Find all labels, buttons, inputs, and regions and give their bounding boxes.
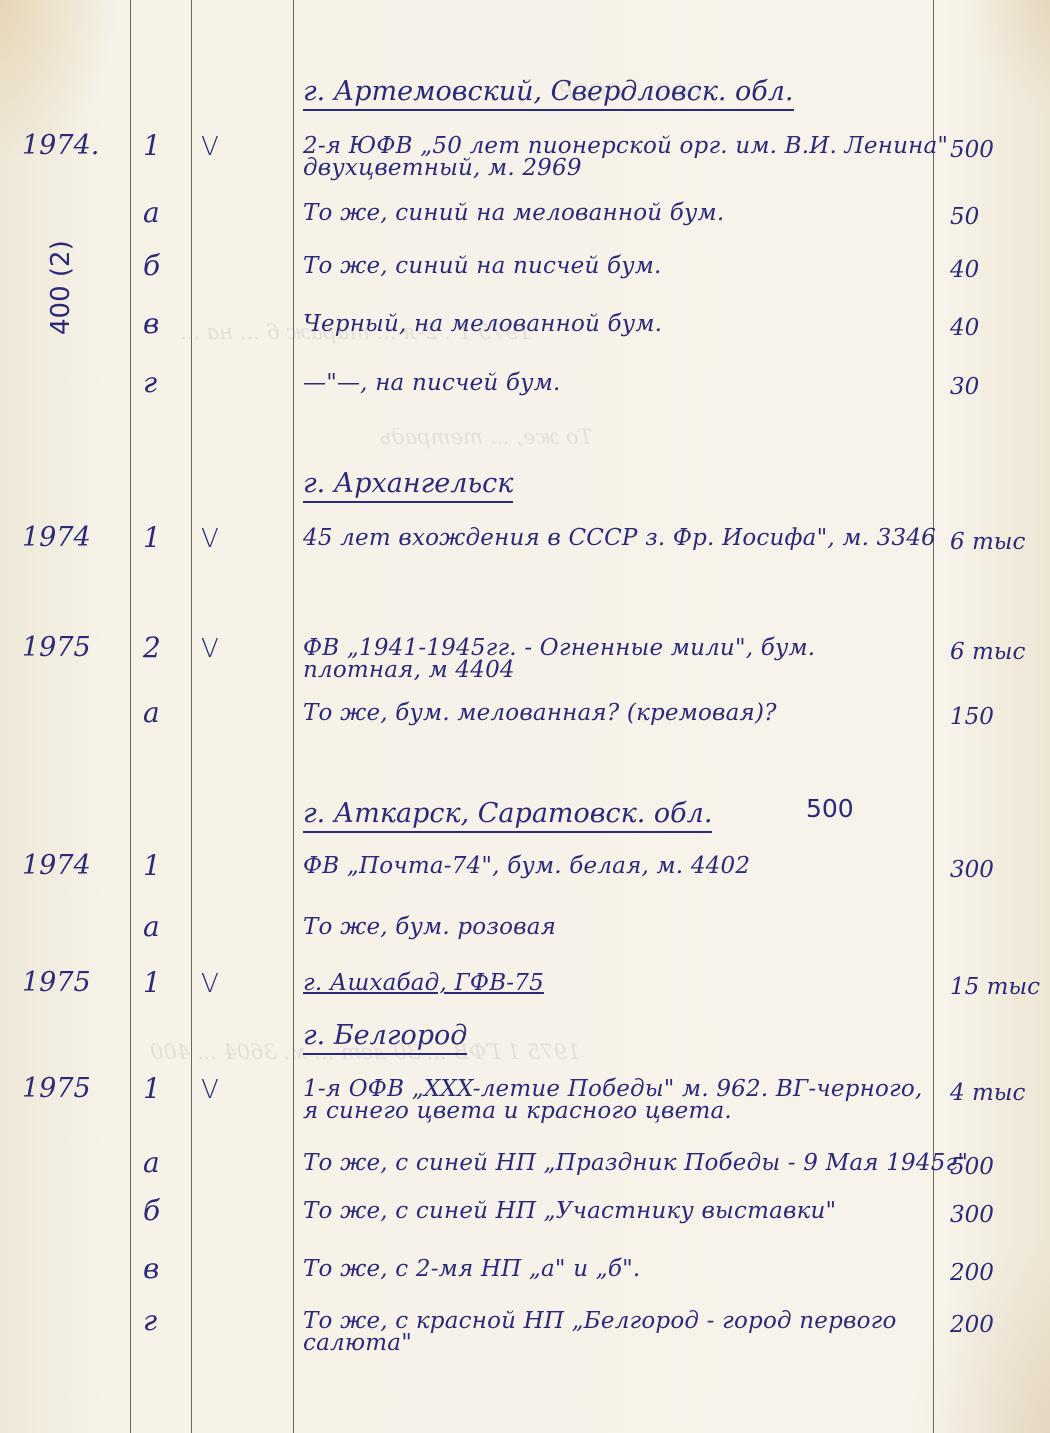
entry-quantity: 50: [950, 206, 979, 229]
entry-number: а: [143, 913, 160, 941]
entry-quantity: 6 тыс: [950, 531, 1025, 554]
entry-description: Черный, на мелованной бум.: [303, 313, 662, 336]
entry-quantity: 200: [950, 1262, 994, 1285]
entry-quantity: 300: [950, 1204, 994, 1227]
entry-number: а: [143, 199, 160, 227]
entry-year: 1974.: [22, 132, 99, 159]
entry-quantity: 200: [950, 1314, 994, 1337]
entry-number: г: [143, 369, 157, 397]
margin-note: 400 (2): [48, 240, 74, 335]
entry-number: б: [143, 252, 160, 280]
entry-number: а: [143, 699, 160, 727]
entry-quantity: 6 тыс: [950, 641, 1025, 664]
entry-quantity: 300: [950, 859, 994, 882]
entry-year: 1974: [22, 524, 91, 551]
entry-description: ФВ „Почта-74", бум. белая, м. 4402: [303, 855, 750, 878]
check-mark: V: [201, 636, 219, 662]
entry-description: То же, с 2-мя НП „а" и „б".: [303, 1258, 640, 1281]
entry-quantity: 15 тыс: [950, 976, 1040, 999]
entry-year: 1974: [22, 852, 91, 879]
city-note: 500: [806, 796, 854, 821]
entry-number: а: [143, 1149, 160, 1177]
entry-year: 1975: [22, 634, 91, 661]
entry-description: То же, синий на писчей бум.: [303, 255, 662, 278]
entry-description: То же, с синей НП „Участнику выставки": [303, 1200, 836, 1223]
entry-number: 1: [143, 1075, 161, 1103]
entry-quantity: 40: [950, 317, 979, 340]
entry-year: 1975: [22, 1075, 91, 1102]
check-mark: V: [201, 526, 219, 552]
column-rule-check: [293, 0, 294, 1433]
entry-quantity: 150: [950, 706, 994, 729]
column-rule-quantity: [933, 0, 934, 1433]
entry-number: 2: [143, 634, 161, 662]
entry-description: То же, бум. розовая: [303, 916, 556, 939]
entry-number: 1: [143, 852, 161, 880]
entry-quantity: 500: [950, 139, 994, 162]
city-heading: г. Аткарск, Саратовск. обл.: [303, 800, 712, 833]
entry-quantity: 4 тыс: [950, 1082, 1025, 1105]
entry-quantity: 500: [950, 1156, 994, 1179]
entry-description: То же, с синей НП „Праздник Победы - 9 М…: [303, 1152, 968, 1175]
column-rule-number: [191, 0, 192, 1433]
entry-number: б: [143, 1197, 160, 1225]
entry-number: 1: [143, 132, 161, 160]
entry-number: в: [143, 310, 159, 338]
entry-description: —"—, на писчей бум.: [303, 372, 561, 395]
entry-quantity: 30: [950, 376, 979, 399]
city-heading: г. Архангельск: [303, 470, 513, 503]
entry-number: г: [143, 1307, 157, 1335]
entry-description: То же, синий на мелованной бум.: [303, 202, 724, 225]
entry-quantity: 40: [950, 259, 979, 282]
check-mark: V: [201, 971, 219, 997]
entry-year: 1975: [22, 969, 91, 996]
check-mark: V: [201, 1077, 219, 1103]
column-rule-year: [130, 0, 131, 1433]
entry-description: двухцветный, м. 2969: [303, 157, 582, 180]
city-heading: г. Артемовский, Свердловск. обл.: [303, 78, 794, 111]
entry-number: 1: [143, 969, 161, 997]
entry-description: 45 лет вхождения в СССР з. Фр. Иосифа", …: [303, 527, 936, 550]
check-mark: V: [201, 134, 219, 160]
show-through-text: То же, ... тетрадь: [380, 425, 593, 449]
entry-number: 1: [143, 524, 161, 552]
entry-description: я синего цвета и красного цвета.: [303, 1100, 732, 1123]
entry-description: г. Ашхабад, ГФВ-75: [303, 972, 544, 995]
entry-description: То же, бум. мелованная? (кремовая)?: [303, 702, 777, 725]
city-heading: г. Белгород: [303, 1022, 467, 1055]
entry-description: плотная, м 4404: [303, 659, 515, 682]
entry-description: салюта": [303, 1332, 412, 1355]
entry-number: в: [143, 1255, 159, 1283]
